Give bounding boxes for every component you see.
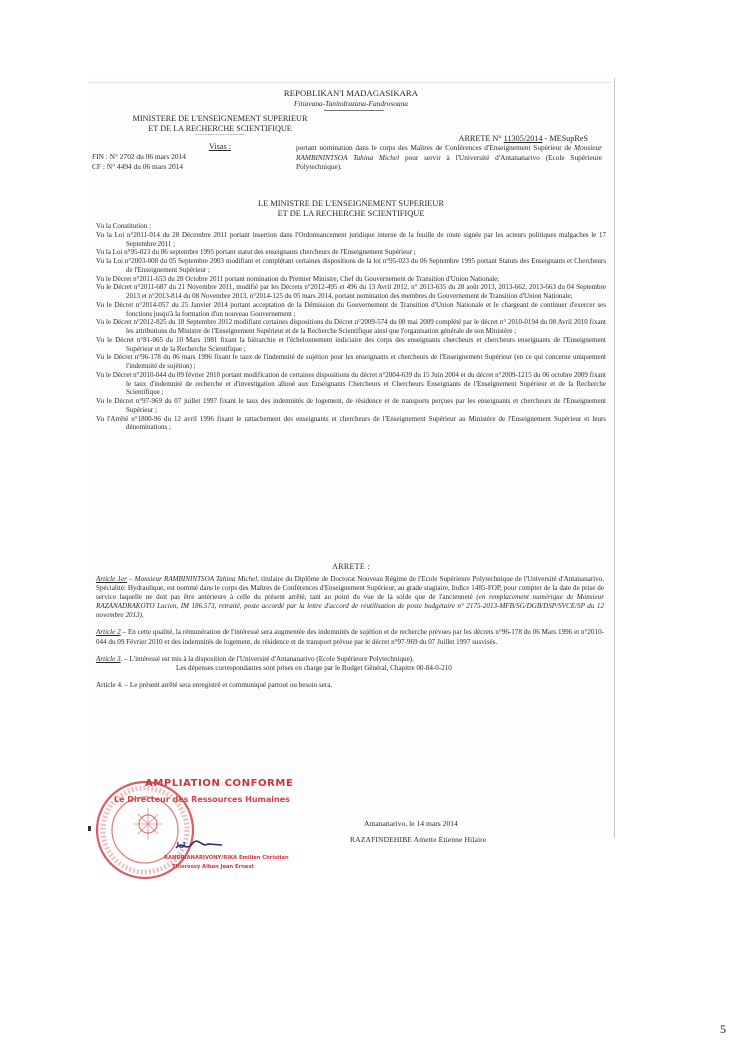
stamp-director-text: Le Directeur des Ressources Humaines	[114, 795, 290, 804]
article-2-label: Article 2	[96, 628, 121, 636]
official-stamp: AMPLIATION CONFORME Le Directeur des Res…	[90, 778, 235, 888]
stamp-name-2: Thiorossy Alban Jean Ernest	[172, 864, 254, 870]
article-3-budget: Les dépenses correspondantes sont prises…	[176, 664, 604, 673]
consideration-item: Vu le Décret n°2014-057 du 25 Janvier 20…	[96, 301, 606, 319]
article-2-text: – En cette qualité, la rémunération de l…	[96, 628, 604, 645]
cf-visa: CF : N° 4494 du 06 mars 2014	[92, 162, 183, 171]
republic-title: REPOBLIKAN'I MADAGASIKARA	[88, 88, 614, 98]
consideration-item: Vu le Décret n°2010-044 du 09 février 20…	[96, 371, 606, 397]
republic-motto: Fitiavana-Tanindrazana-Fandrosoana	[88, 99, 614, 108]
consideration-item: Vu la Loi n°2003-008 du 05 Septembre 200…	[96, 257, 606, 275]
article-3: Article 3. – L'intéressé est mis à la di…	[96, 655, 604, 664]
stamp-ampliation-text: AMPLIATION CONFORME	[145, 778, 293, 789]
arrete-reference: ARRETE N° 11305/2014 - MESupReS	[288, 134, 588, 143]
consideration-item: Vu le Décret n°2011-687 du 21 Novembre 2…	[96, 283, 606, 301]
scan-artifact-mark	[88, 826, 91, 831]
consideration-item: Vu le Décret n°2012-825 du 18 Septembre …	[96, 318, 606, 336]
consideration-item: Vu la Loi n°2011-014 du 28 Décembre 2011…	[96, 231, 606, 249]
article-4: Article 4. – Le présent arrêté sera enre…	[96, 681, 604, 690]
minister-title-line2: ET DE LA RECHERCHE SCIENTIFIQUE	[88, 209, 614, 218]
consideration-item: Vu la Constitution ;	[96, 222, 606, 231]
article-1: Article 1er – Monsieur RAMBININTSOA Tahi…	[96, 575, 604, 620]
ministry-name-line1: MINISTERE DE L'ENSEIGNEMENT SUPERIEUR	[110, 114, 330, 123]
considerations-list: Vu la Constitution ; Vu la Loi n°2011-01…	[96, 222, 606, 432]
article-1-name: – Monsieur RAMBININTSOA Tahina Michel,	[127, 575, 259, 583]
stamp-name-1: RANDRIANARIVONY/RIKA Emilien Christian	[164, 855, 289, 861]
article-2: Article 2 – En cette qualité, la rémunér…	[96, 628, 604, 646]
consideration-item: Vu le Décret n°2011-653 du 28 Octobre 20…	[96, 275, 606, 284]
signer-name: RAZAFINDEHIBE Amette Etienne Hilaire	[350, 835, 486, 844]
consideration-item: Vu l'Arrêté n°1800-96 du 12 avril 1996 f…	[96, 415, 606, 433]
arrete-description: portant nomination dans le corps des Maî…	[296, 143, 602, 172]
arrete-suffix: - MESupReS	[545, 134, 588, 143]
article-3-text: . – L'intéressé est mis à la disposition…	[121, 655, 414, 663]
fin-visa: FIN : N° 2702 du 06 mars 2014	[92, 152, 186, 161]
page-number: 5	[720, 1022, 726, 1037]
minister-title-line1: LE MINISTRE DE L'ENSEIGNEMENT SUPERIEUR	[88, 199, 614, 208]
place-date: Antananarivo, le 14 mars 2014	[364, 819, 458, 828]
scanned-document-page: REPOBLIKAN'I MADAGASIKARA Fitiavana-Tani…	[88, 78, 615, 838]
consideration-item: Vu le Décret n°81-065 du 10 Mars 1981 fi…	[96, 336, 606, 354]
arrete-prefix: ARRETE N°	[459, 134, 502, 143]
arrete-number: 11305/2014	[504, 134, 543, 143]
arrete-desc-text: portant nomination dans le corps des Maî…	[296, 143, 574, 152]
article-1-label: Article 1er	[96, 575, 127, 583]
header-divider	[324, 110, 384, 111]
scan-edge	[88, 82, 612, 83]
consideration-item: Vu la Loi n°95-023 du 06 septembre 1995 …	[96, 248, 606, 257]
article-3-label: Article 3	[96, 655, 121, 663]
consideration-item: Vu le Décret n°97-969 du 07 juillet 1997…	[96, 397, 606, 415]
decision-heading: ARRETE :	[88, 562, 614, 571]
consideration-item: Vu le Décret n°96-178 du 06 mars 1996 fi…	[96, 353, 606, 371]
articles-section: Article 1er – Monsieur RAMBININTSOA Tahi…	[96, 575, 604, 690]
